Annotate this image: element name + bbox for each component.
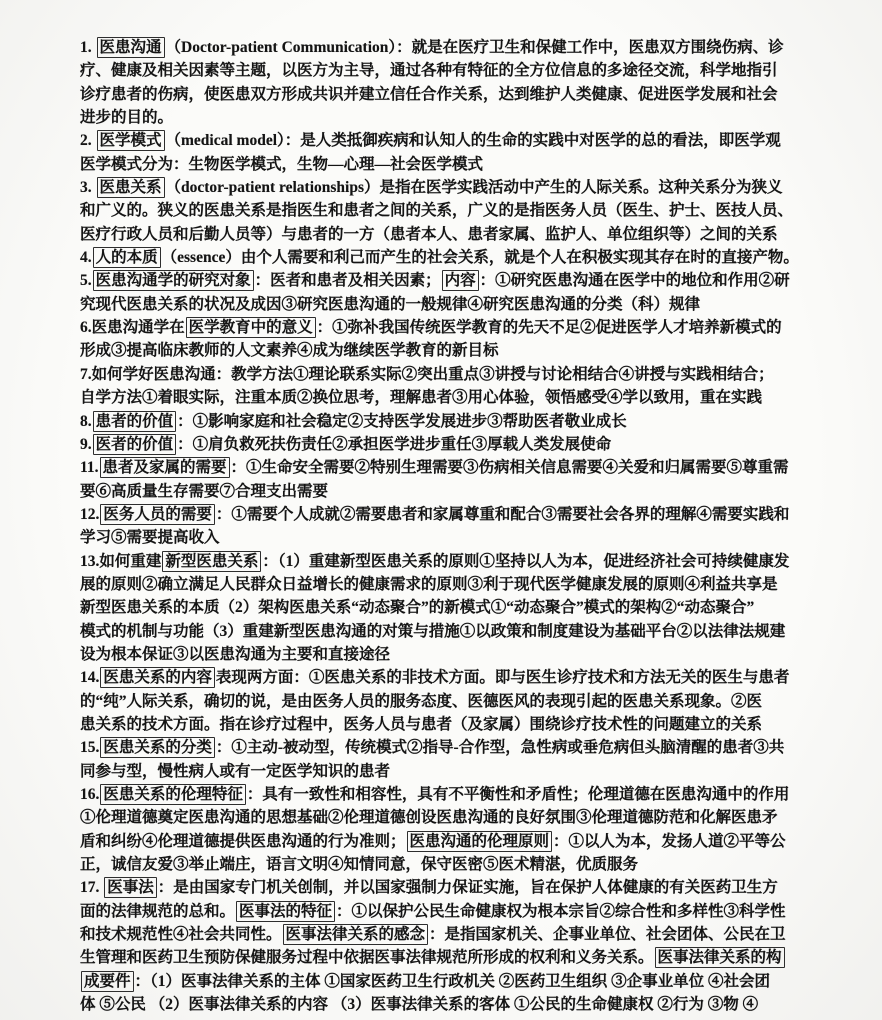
text-line: 疗、健康及相关因素等主题，以医方为主导，通过各种有特征的全方位信息的多途径交流，…: [80, 59, 842, 82]
text-segment: 正，诚信友爱③举止端庄，语言文明④知情同意，保守医密⑤医术精湛，优质服务: [80, 856, 638, 873]
boxed-keyword: 医务人员的需要: [100, 504, 215, 525]
text-segment: 自学方法①着眼实际，注重本质②换位思考，理解患者③用心体验，领悟感受④学以致用，…: [80, 389, 762, 406]
text-segment: 医学模式分为：生物医学模式，生物—心理—社会医学模式: [80, 156, 483, 173]
text-segment: 展的原则②确立满足人民群众日益增长的健康需求的原则③利于现代医学健康发展的原则④…: [80, 576, 778, 593]
boxed-keyword: 医患沟通: [97, 37, 165, 58]
text-line: 17. 医事法：是由国家专门机关创制，并以国家强制力保证实施，旨在保护人体健康的…: [80, 876, 842, 899]
text-line: 3. 医患关系（doctor-patient relationships）是指在…: [80, 176, 842, 199]
text-segment: 14.: [80, 669, 99, 686]
boxed-keyword: 医学模式: [97, 130, 165, 151]
text-segment: 和广义的。狭义的医患关系是指医生和患者之间的关系，广义的是指医务人员（医生、护士…: [80, 202, 793, 219]
text-segment: 2.: [80, 132, 96, 149]
boxed-keyword: 成要件: [81, 971, 134, 992]
text-line: 模式的机制与功能（3）重建新型医患沟通的对策与措施①以政策和制度建设为基础平台②…: [80, 620, 842, 643]
text-line: 16.医患关系的伦理特征：具有一致性和相容性，具有不平衡性和矛盾性；伦理道德在医…: [80, 783, 842, 806]
boxed-keyword: 医患沟通的伦理原则: [407, 831, 553, 852]
boxed-keyword: 人的本质: [93, 247, 161, 268]
text-segment: 生管理和医药卫生预防保健服务过程中依据医事法律规范所形成的权利和义务关系。: [80, 949, 654, 966]
document-page: 1. 医患沟通（Doctor-patient Communication）：就是…: [0, 0, 882, 1020]
text-segment: ：是指国家机关、企事业单位、社会团体、公民在卫: [429, 926, 786, 943]
text-segment: 模式的机制与功能（3）重建新型医患沟通的对策与措施①以政策和制度建设为基础平台②…: [80, 623, 785, 640]
text-segment: （essence）由个人需要和利己而产生的社会关系，就是个人在积极实现其存在时的…: [162, 249, 799, 266]
boxed-keyword: 医患关系的分类: [100, 737, 215, 758]
text-line: 盾和纠纷④伦理道德提供医患沟通的行为准则；医患沟通的伦理原则：①以人为本，发扬人…: [80, 830, 842, 853]
text-line: 新型医患关系的本质（2）架构医患关系“动态聚合”的新模式①“动态聚合”模式的架构…: [80, 596, 842, 619]
text-line: 2. 医学模式（medical model）：是人类抵御疾病和认知人的生命的实践…: [80, 129, 842, 152]
text-segment: 面的法律规范的总和。: [80, 903, 235, 920]
text-segment: 17.: [80, 879, 103, 896]
text-line: 1. 医患沟通（Doctor-patient Communication）：就是…: [80, 36, 842, 59]
text-segment: 设为根本保证③以医患沟通为主要和直接途径: [80, 646, 390, 663]
boxed-keyword: 医患沟通学的研究对象: [93, 270, 254, 291]
text-segment: ：①研究医患沟通在医学中的地位和作用②研: [480, 272, 790, 289]
text-line: 和广义的。狭义的医患关系是指医生和患者之间的关系，广义的是指医务人员（医生、护士…: [80, 199, 842, 222]
text-segment: ：具有一致性和相容性，具有不平衡性和矛盾性；伦理道德在医患沟通中的作用: [247, 786, 790, 803]
boxed-keyword: 医事法律关系的构: [655, 947, 785, 968]
text-segment: （medical model）：是人类抵御疾病和认知人的生命的实践中对医学的总的…: [166, 132, 781, 149]
text-line: 正，诚信友爱③举止端庄，语言文明④知情同意，保守医密⑤医术精湛，优质服务: [80, 853, 842, 876]
text-segment: ：①影响家庭和社会稳定②支持医学发展进步③帮助医者敬业成长: [177, 413, 627, 430]
text-line: 13.如何重建新型医患关系：（1）重建新型医患关系的原则①坚持以人为本，促进经济…: [80, 550, 842, 573]
boxed-keyword: 患者的价值: [93, 411, 177, 432]
text-segment: 医疗行政人员和后勤人员等）与患者的一方（患者本人、患者家属、监护人、单位组织等）…: [80, 226, 778, 243]
text-segment: 究现代医患关系的状况及成因③研究医患沟通的一般规律④研究医患沟通的分类（科）规律: [80, 296, 700, 313]
text-segment: 8.: [80, 413, 92, 430]
text-segment: ：（1）重建新型医患关系的原则①坚持以人为本，促进经济社会可持续健康发: [262, 553, 789, 570]
text-segment: 体 ⑤公民 （2）医事法律关系的内容 （3）医事法律关系的客体 ①公民的生命健康…: [80, 996, 758, 1013]
text-line: 4.人的本质（essence）由个人需要和利己而产生的社会关系，就是个人在积极实…: [80, 246, 842, 269]
text-line: 的“纯”人际关系，确切的说，是由医务人员的服务态度、医德医风的表现引起的医患关系…: [80, 690, 842, 713]
text-segment: 同参与型，慢性病人或有一定医学知识的患者: [80, 763, 390, 780]
boxed-keyword: 医学教育中的意义: [186, 317, 316, 338]
text-segment: （doctor-patient relationships）是指在医学实践活动中…: [166, 179, 783, 196]
text-line: 9.医者的价值：①肩负救死扶伤责任②承担医学进步重任③厚载人类发展使命: [80, 433, 842, 456]
text-line: 5.医患沟通学的研究对象：医者和患者及相关因素；内容：①研究医患沟通在医学中的地…: [80, 269, 842, 292]
text-segment: 6.医患沟通学在: [80, 319, 185, 336]
text-segment: 3.: [80, 179, 96, 196]
text-line: 学习⑤需要提高收入: [80, 526, 842, 549]
text-segment: 13.如何重建: [80, 553, 161, 570]
text-segment: 4.: [80, 249, 92, 266]
text-segment: 形成③提高临床教师的人文素养④成为继续医学教育的新目标: [80, 342, 499, 359]
text-line: 11.患者及家属的需要：①生命安全需要②特别生理需要③伤病相关信息需要④关爱和归…: [80, 456, 842, 479]
text-line: 患关系的技术方面。指在诊疗过程中，医务人员与患者（及家属）围绕诊疗技术性的问题建…: [80, 713, 842, 736]
text-line: 6.医患沟通学在医学教育中的意义：①弥补我国传统医学教育的先天不足②促进医学人才…: [80, 316, 842, 339]
text-segment: 7.如何学好医患沟通：教学方法①理论联系实际②突出重点③讲授与讨论相结合④讲授与…: [80, 366, 774, 383]
text-segment: 诊疗患者的伤病，使医患双方形成共识并建立信任合作关系，达到维护人类健康、促进医学…: [80, 86, 778, 103]
text-line: 医学模式分为：生物医学模式，生物—心理—社会医学模式: [80, 153, 842, 176]
boxed-keyword: 医者的价值: [93, 434, 177, 455]
text-line: 展的原则②确立满足人民群众日益增长的健康需求的原则③利于现代医学健康发展的原则④…: [80, 573, 842, 596]
boxed-keyword: 患者及家属的需要: [100, 457, 230, 478]
text-line: 医疗行政人员和后勤人员等）与患者的一方（患者本人、患者家属、监护人、单位组织等）…: [80, 223, 842, 246]
boxed-keyword: 医事法的特征: [236, 901, 335, 922]
text-line: ①伦理道德奠定医患沟通的思想基础②伦理道德创设医患沟通的良好氛围③伦理道德防范和…: [80, 806, 842, 829]
text-segment: 的“纯”人际关系，确切的说，是由医务人员的服务态度、医德医风的表现引起的医患关系…: [80, 693, 762, 710]
text-line: 诊疗患者的伤病，使医患双方形成共识并建立信任合作关系，达到维护人类健康、促进医学…: [80, 83, 842, 106]
text-segment: ：①肩负救死扶伤责任②承担医学进步重任③厚载人类发展使命: [177, 436, 611, 453]
text-segment: 学习⑤需要提高收入: [80, 529, 220, 546]
text-segment: ：（1）医事法律关系的主体 ①国家医药卫生行政机关 ②医药卫生组织 ③企事业单位…: [135, 973, 771, 990]
text-segment: 11.: [80, 459, 99, 476]
text-segment: ：①以保护公民生命健康权为根本宗旨②综合性和多样性③科学性: [336, 903, 786, 920]
text-line: 自学方法①着眼实际，注重本质②换位思考，理解患者③用心体验，领悟感受④学以致用，…: [80, 386, 842, 409]
text-line: 究现代医患关系的状况及成因③研究医患沟通的一般规律④研究医患沟通的分类（科）规律: [80, 293, 842, 316]
text-segment: 新型医患关系的本质（2）架构医患关系“动态聚合”的新模式①“动态聚合”模式的架构…: [80, 599, 754, 616]
text-segment: ：①生命安全需要②特别生理需要③伤病相关信息需要④关爱和归属需要⑤尊重需: [231, 459, 789, 476]
text-line: 生管理和医药卫生预防保健服务过程中依据医事法律规范所形成的权利和义务关系。医事法…: [80, 946, 842, 969]
text-segment: 和技术规范性④社会共同性。: [80, 926, 282, 943]
text-segment: 进步的目的。: [80, 109, 173, 126]
text-line: 15.医患关系的分类：①主动-被动型，传统模式②指导-合作型，急性病或垂危病但头…: [80, 736, 842, 759]
text-segment: ：①需要个人成就②需要患者和家属尊重和配合③需要社会各界的理解④需要实践和: [216, 506, 790, 523]
boxed-keyword: 医患关系的内容: [100, 667, 215, 688]
text-segment: ：①弥补我国传统医学教育的先天不足②促进医学人才培养新模式的: [317, 319, 782, 336]
text-segment: ①伦理道德奠定医患沟通的思想基础②伦理道德创设医患沟通的良好氛围③伦理道德防范和…: [80, 809, 778, 826]
text-segment: 表现两方面：①医患关系的非技术方面。即与医生诊疗技术和方法无关的医生与患者: [216, 669, 790, 686]
text-line: 形成③提高临床教师的人文素养④成为继续医学教育的新目标: [80, 339, 842, 362]
boxed-keyword: 医患关系的伦理特征: [100, 784, 246, 805]
text-line: 8.患者的价值：①影响家庭和社会稳定②支持医学发展进步③帮助医者敬业成长: [80, 410, 842, 433]
boxed-keyword: 医事法律关系的感念: [283, 924, 429, 945]
text-line: 14.医患关系的内容表现两方面：①医患关系的非技术方面。即与医生诊疗技术和方法无…: [80, 666, 842, 689]
text-segment: 盾和纠纷④伦理道德提供医患沟通的行为准则；: [80, 833, 406, 850]
text-line: 进步的目的。: [80, 106, 842, 129]
text-segment: ：①主动-被动型，传统模式②指导-合作型，急性病或垂危病但头脑清醒的患者③共: [216, 739, 784, 756]
text-segment: 要⑥高质量生存需要⑦合理支出需要: [80, 483, 328, 500]
text-segment: 16.: [80, 786, 99, 803]
boxed-keyword: 医患关系: [97, 177, 165, 198]
text-segment: 疗、健康及相关因素等主题，以医方为主导，通过各种有特征的全方位信息的多途径交流，…: [80, 62, 778, 79]
text-line: 12.医务人员的需要：①需要个人成就②需要患者和家属尊重和配合③需要社会各界的理…: [80, 503, 842, 526]
text-segment: 1.: [80, 39, 96, 56]
text-segment: ：医者和患者及相关因素；: [255, 272, 441, 289]
text-segment: 12.: [80, 506, 99, 523]
text-segment: 患关系的技术方面。指在诊疗过程中，医务人员与患者（及家属）围绕诊疗技术性的问题建…: [80, 716, 762, 733]
text-line: 7.如何学好医患沟通：教学方法①理论联系实际②突出重点③讲授与讨论相结合④讲授与…: [80, 363, 842, 386]
text-line: 同参与型，慢性病人或有一定医学知识的患者: [80, 760, 842, 783]
boxed-keyword: 内容: [442, 270, 479, 291]
text-line: 和技术规范性④社会共同性。医事法律关系的感念：是指国家机关、企事业单位、社会团体…: [80, 923, 842, 946]
text-segment: ：是由国家专门机关创制，并以国家强制力保证实施，旨在保护人体健康的有关医药卫生方: [158, 879, 778, 896]
boxed-keyword: 医事法: [104, 877, 157, 898]
text-segment: 5.: [80, 272, 92, 289]
text-line: 要⑥高质量生存需要⑦合理支出需要: [80, 480, 842, 503]
text-line: 设为根本保证③以医患沟通为主要和直接途径: [80, 643, 842, 666]
boxed-keyword: 新型医患关系: [162, 551, 261, 572]
text-line: 面的法律规范的总和。医事法的特征：①以保护公民生命健康权为根本宗旨②综合性和多样…: [80, 900, 842, 923]
text-segment: （Doctor-patient Communication）：就是在医疗卫生和保…: [166, 39, 784, 56]
text-line: 成要件：（1）医事法律关系的主体 ①国家医药卫生行政机关 ②医药卫生组织 ③企事…: [80, 970, 842, 993]
text-segment: 15.: [80, 739, 99, 756]
text-segment: ：①以人为本，发扬人道②平等公: [553, 833, 786, 850]
text-segment: 9.: [80, 436, 92, 453]
text-line: 体 ⑤公民 （2）医事法律关系的内容 （3）医事法律关系的客体 ①公民的生命健康…: [80, 993, 842, 1016]
